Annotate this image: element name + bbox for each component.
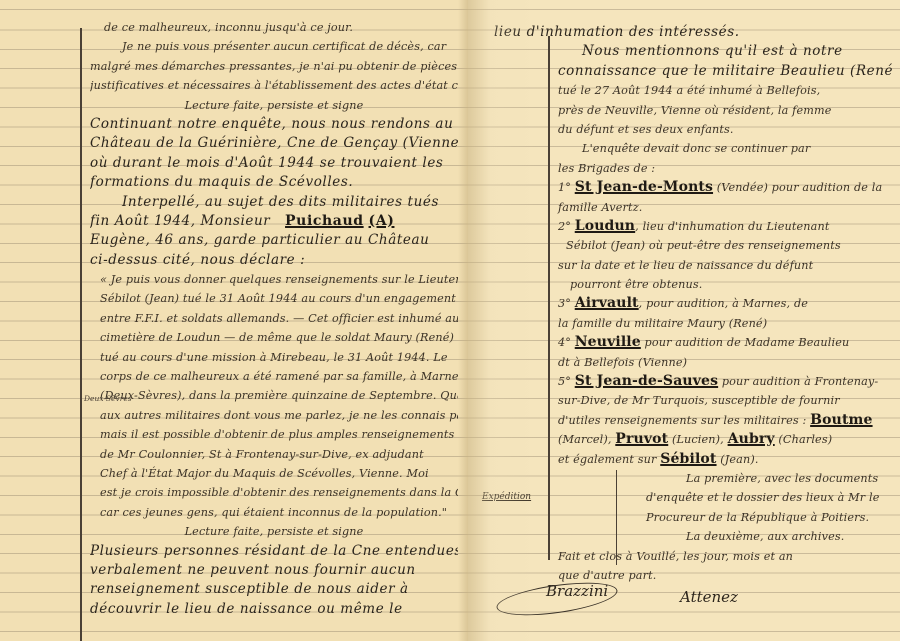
expedition-label: Expédition <box>482 492 531 502</box>
expedition-line: Procureur de la République à Poitiers. <box>486 508 892 527</box>
brigade-place: Loudun <box>575 218 635 234</box>
text-line: Plusieurs personnes résidant de la Cne e… <box>90 542 458 561</box>
left-page: de ce malheureux, inconnu jusqu'à ce jou… <box>0 0 468 641</box>
brigade-item: 5° St Jean-de-Sauves pour audition à Fro… <box>486 372 892 391</box>
text-line: est je crois impossible d'obtenir des re… <box>90 483 458 502</box>
text-line: Lecture faite, persiste et signe <box>90 96 458 115</box>
text-line: car ces jeunes gens, qui étaient inconnu… <box>90 503 458 522</box>
person-name: Aubry <box>728 431 775 447</box>
document-spread: de ce malheureux, inconnu jusqu'à ce jou… <box>0 0 900 641</box>
text-line: Je ne puis vous présenter aucun certific… <box>90 37 458 56</box>
person-name: Sébilot <box>660 451 716 467</box>
brigade-item: 1° St Jean-de-Monts (Vendée) pour auditi… <box>486 178 892 197</box>
text-line: justificatives et nécessaires à l'établi… <box>90 76 458 95</box>
text-line: pourront être obtenus. <box>486 275 892 294</box>
text-line: où durant le mois d'Août 1944 se trouvai… <box>90 154 458 173</box>
text-line: Château de la Guérinière, Cne de Gençay … <box>90 134 458 153</box>
brigade-place: Neuville <box>575 334 641 350</box>
underlined-name: Puichaud <box>285 213 364 229</box>
expedition-bracket <box>616 470 623 565</box>
text-segment: fin Août 1944, Monsieur <box>90 213 270 229</box>
person-name: Pruvot <box>615 431 668 447</box>
text-line: L'enquête devait donc se continuer par <box>486 139 892 158</box>
text-line: (Deux-Sèvres), dans la première quinzain… <box>90 386 458 405</box>
brigade-place: St Jean-de-Sauves <box>575 373 718 389</box>
brigade-place: St Jean-de-Monts <box>575 179 713 195</box>
text-line: aux autres militaires dont vous me parle… <box>90 406 458 425</box>
expedition-line: La première, avec les documents <box>486 469 892 488</box>
expedition-line: La deuxième, aux archives. <box>486 527 892 546</box>
right-page-text: lieu d'inhumation des intéressés. Nous m… <box>486 23 892 585</box>
person-name: Boutme <box>810 412 872 428</box>
text-line: sur-Dive, de Mr Turquois, susceptible de… <box>486 391 892 410</box>
text-line: dt à Bellefois (Vienne) <box>486 353 892 372</box>
brigade-item: 4° Neuville pour audition de Madame Beau… <box>486 333 892 352</box>
text-line: (Marcel), Pruvot (Lucien), Aubry (Charle… <box>486 430 892 449</box>
margin-note: Deux-Sèvres <box>84 394 132 403</box>
text-line: fin Août 1944, Monsieur Puichaud (A) <box>90 212 458 231</box>
text-line: de Mr Coulonnier, St à Frontenay-sur-Div… <box>90 445 458 464</box>
signature: Brazzini <box>546 582 608 600</box>
text-line: famille Avertz. <box>486 198 892 217</box>
text-line: entre F.F.I. et soldats allemands. — Cet… <box>90 309 458 328</box>
text-line: de ce malheureux, inconnu jusqu'à ce jou… <box>90 18 458 37</box>
text-line: Interpellé, au sujet des dits militaires… <box>90 193 458 212</box>
brigade-item: 3° Airvault, pour audition, à Marnes, de <box>486 294 892 313</box>
text-line: les Brigades de : <box>486 159 892 178</box>
text-line: malgré mes démarches pressantes, je n'ai… <box>90 57 458 76</box>
text-line: cimetière de Loudun — de même que le sol… <box>90 328 458 347</box>
left-page-text: de ce malheureux, inconnu jusqu'à ce jou… <box>90 18 458 619</box>
text-line: renseignement susceptible de nous aider … <box>90 580 458 599</box>
text-line: découvrir le lieu de naissance ou même l… <box>90 600 458 619</box>
text-line: Sébilot (Jean) où peut-être des renseign… <box>486 236 892 255</box>
text-line: Nous mentionnons qu'il est à notre <box>486 42 892 61</box>
brigade-place: Airvault <box>575 295 639 311</box>
text-line: Continuant notre enquête, nous nous rend… <box>90 115 458 134</box>
text-line: mais il est possible d'obtenir de plus a… <box>90 425 458 444</box>
signature: Attenez <box>680 588 738 606</box>
closing-line: Fait et clos à Vouillé, les jour, mois e… <box>486 547 892 566</box>
text-line: tué le 27 Août 1944 a été inhumé à Belle… <box>486 81 892 100</box>
text-line: lieu d'inhumation des intéressés. <box>486 23 892 42</box>
brigade-item: 2° Loudun, lieu d'inhumation du Lieutena… <box>486 217 892 236</box>
text-line: sur la date et le lieu de naissance du d… <box>486 256 892 275</box>
text-line: verbalement ne peuvent nous fournir aucu… <box>90 561 458 580</box>
text-line: formations du maquis de Scévolles. <box>90 173 458 192</box>
text-line: Lecture faite, persiste et signe <box>90 522 458 541</box>
text-line: « Je puis vous donner quelques renseigne… <box>90 270 458 289</box>
text-line: Sébilot (Jean) tué le 31 Août 1944 au co… <box>90 289 458 308</box>
text-line: près de Neuville, Vienne où résident, la… <box>486 101 892 120</box>
text-line: d'utiles renseignements sur les militair… <box>486 411 892 430</box>
margin-rule <box>80 28 82 641</box>
text-line: et également sur Sébilot (Jean). <box>486 450 892 469</box>
text-line: ci-dessus cité, nous déclare : <box>90 251 458 270</box>
right-page: lieu d'inhumation des intéressés. Nous m… <box>468 0 900 641</box>
text-line: tué au cours d'une mission à Mirebeau, l… <box>90 348 458 367</box>
text-line: du défunt et ses deux enfants. <box>486 120 892 139</box>
text-line: connaissance que le militaire Beaulieu (… <box>486 62 892 81</box>
expedition-line: d'enquête et le dossier des lieux à Mr l… <box>486 488 892 507</box>
text-line: Eugène, 46 ans, garde particulier au Châ… <box>90 231 458 250</box>
text-line: la famille du militaire Maury (René) <box>486 314 892 333</box>
text-line: Chef à l'État Major du Maquis de Scévoll… <box>90 464 458 483</box>
text-line: corps de ce malheureux a été ramené par … <box>90 367 458 386</box>
underlined-name-suffix: (A) <box>369 213 395 229</box>
